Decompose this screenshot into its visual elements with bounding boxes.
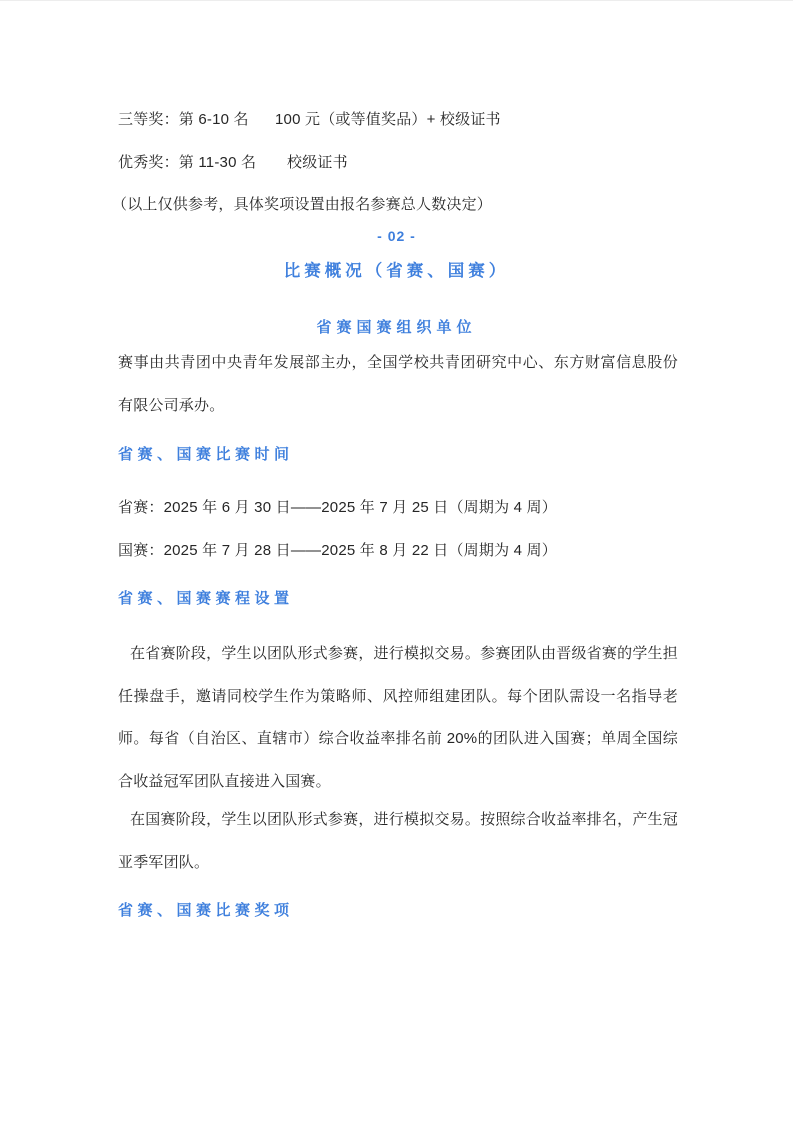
awards-heading: 省赛、国赛比赛奖项: [118, 900, 678, 922]
schedule-heading: 省赛、国赛比赛时间: [118, 444, 678, 466]
prize-note: （以上仅供参考，具体奖项设置由报名参赛总人数决定）: [112, 193, 682, 217]
schedule-item-provincial: 省赛：2025 年 6 月 30 日——2025 年 7 月 25 日（周期为 …: [118, 494, 678, 522]
prize-row-third: 三等奖：第 6-10 名 100 元（或等值奖品）+ 校级证书: [118, 108, 678, 132]
format-heading: 省赛、国赛赛程设置: [118, 588, 678, 610]
prize-award: 校级证书: [287, 151, 348, 175]
organizer-heading: 省赛国赛组织单位: [0, 317, 793, 339]
prize-rank: 优秀奖：第 11-30 名: [118, 151, 287, 175]
section-title: 比赛概况（省赛、国赛）: [0, 259, 793, 283]
schedule-item-national: 国赛：2025 年 7 月 28 日——2025 年 8 月 22 日（周期为 …: [118, 537, 678, 565]
organizer-body: 赛事由共青团中央青年发展部主办，全国学校共青团研究中心、东方财富信息股份有限公司…: [118, 342, 678, 427]
section-number: - 02 -: [0, 226, 793, 246]
prize-row-excellence: 优秀奖：第 11-30 名 校级证书: [118, 151, 678, 175]
document-page: 三等奖：第 6-10 名 100 元（或等值奖品）+ 校级证书 优秀奖：第 11…: [0, 0, 793, 1122]
prize-rank: 三等奖：第 6-10 名: [118, 108, 275, 132]
prize-award: 100 元（或等值奖品）+ 校级证书: [275, 108, 501, 132]
format-paragraph-national: 在国赛阶段，学生以团队形式参赛，进行模拟交易。按照综合收益率排名，产生冠亚季军团…: [118, 799, 678, 884]
format-paragraph-provincial: 在省赛阶段，学生以团队形式参赛，进行模拟交易。参赛团队由晋级省赛的学生担任操盘手…: [118, 633, 678, 803]
